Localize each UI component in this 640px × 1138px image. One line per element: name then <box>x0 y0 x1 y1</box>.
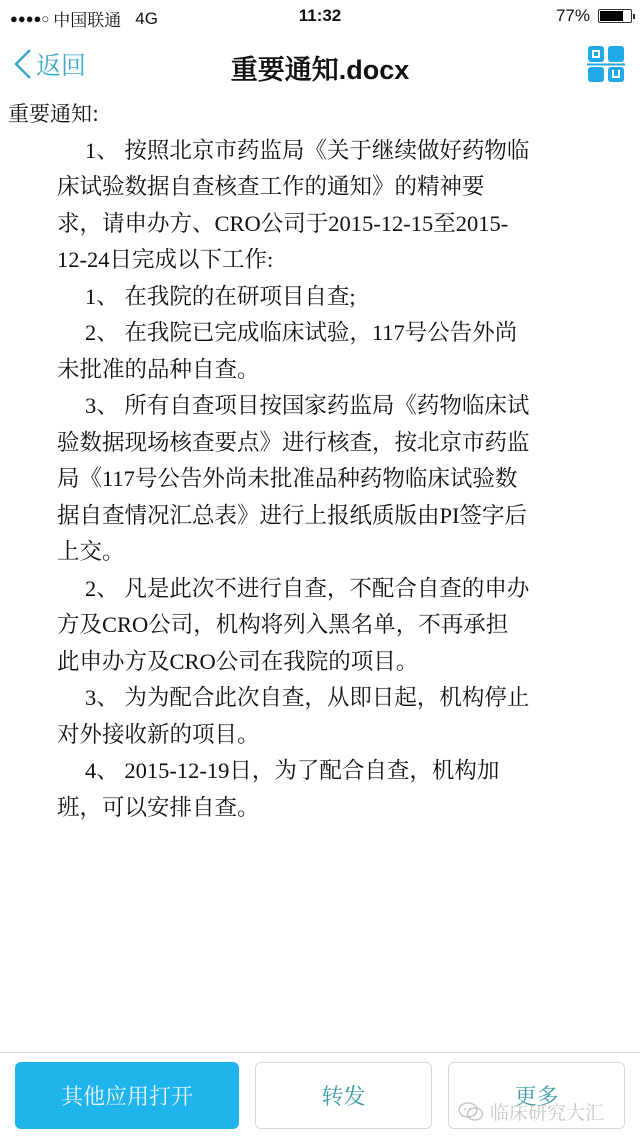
paragraph: 1、 在我院的在研项目自查; <box>0 279 573 316</box>
bottom-action-bar: 其他应用打开 转发 更多 <box>0 1053 640 1138</box>
paragraph-line: 2、 在我院已完成临床试验，117号公告外尚 <box>57 315 573 352</box>
paragraph-line: 方及CRO公司，机构将列入黑名单，不再承担 <box>57 607 573 644</box>
battery-icon <box>598 9 632 23</box>
paragraph-line: 12-24日完成以下工作: <box>57 242 573 279</box>
paragraph-line: 3、 为为配合此次自查，从即日起，机构停止 <box>57 680 573 717</box>
paragraph-line: 此申办方及CRO公司在我院的项目。 <box>57 644 573 681</box>
document-content: 重要通知: 1、 按照北京市药监局《关于继续做好药物临 床试验数据自查核查工作的… <box>0 96 640 826</box>
paragraph-line: 床试验数据自查核查工作的通知》的精神要 <box>57 169 573 206</box>
page-title: 重要通知.docx <box>0 48 640 87</box>
paragraph: 4、 2015-12-19日，为了配合自查，机构加 班，可以安排自查。 <box>0 753 573 826</box>
paragraph: 3、 所有自查项目按国家药监局《药物临床试 验数据现场核查要点》进行核查，按北京… <box>0 388 573 571</box>
more-button[interactable]: 更多 <box>448 1062 625 1129</box>
paragraph-line: 班，可以安排自查。 <box>57 790 573 827</box>
paragraph-line: 4、 2015-12-19日，为了配合自查，机构加 <box>57 753 573 790</box>
open-with-other-app-button[interactable]: 其他应用打开 <box>15 1062 239 1129</box>
paragraph: 1、 按照北京市药监局《关于继续做好药物临 床试验数据自查核查工作的通知》的精神… <box>0 133 573 279</box>
forward-button[interactable]: 转发 <box>255 1062 432 1129</box>
document-heading: 重要通知: <box>0 96 640 133</box>
paragraph-line: 据自查情况汇总表》进行上报纸质版由PI签字后 <box>57 498 573 535</box>
battery-percent: 77% <box>556 6 590 26</box>
nav-bar: 返回 重要通知.docx <box>0 32 640 96</box>
paragraph-line: 1、 在我院的在研项目自查; <box>57 279 573 316</box>
paragraph-line: 验数据现场核查要点》进行核查，按北京市药监 <box>57 425 573 462</box>
paragraph-line: 2、 凡是此次不进行自查，不配合自查的申办 <box>57 571 573 608</box>
paragraph-line: 3、 所有自查项目按国家药监局《药物临床试 <box>57 388 573 425</box>
paragraph: 2、 凡是此次不进行自查，不配合自查的申办 方及CRO公司，机构将列入黑名单，不… <box>0 571 573 681</box>
status-bar: ●●●●○ 中国联通 4G 11:32 77% <box>0 0 640 32</box>
paragraph-line: 求，请申办方、CRO公司于2015-12-15至2015- <box>57 206 573 243</box>
paragraph: 3、 为为配合此次自查，从即日起，机构停止 对外接收新的项目。 <box>0 680 573 753</box>
paragraph-line: 上交。 <box>57 534 573 571</box>
paragraph-line: 局《117号公告外尚未批准品种药物临床试验数 <box>57 461 573 498</box>
paragraph: 2、 在我院已完成临床试验，117号公告外尚 未批准的品种自查。 <box>0 315 573 388</box>
status-time: 11:32 <box>0 6 640 26</box>
battery-fill <box>600 11 623 21</box>
paragraph-line: 对外接收新的项目。 <box>57 717 573 754</box>
qr-code-icon[interactable] <box>586 44 626 84</box>
paragraph-line: 未批准的品种自查。 <box>57 352 573 389</box>
status-right: 77% <box>556 6 632 26</box>
paragraph-line: 1、 按照北京市药监局《关于继续做好药物临 <box>57 133 573 170</box>
battery-tip <box>633 14 635 19</box>
